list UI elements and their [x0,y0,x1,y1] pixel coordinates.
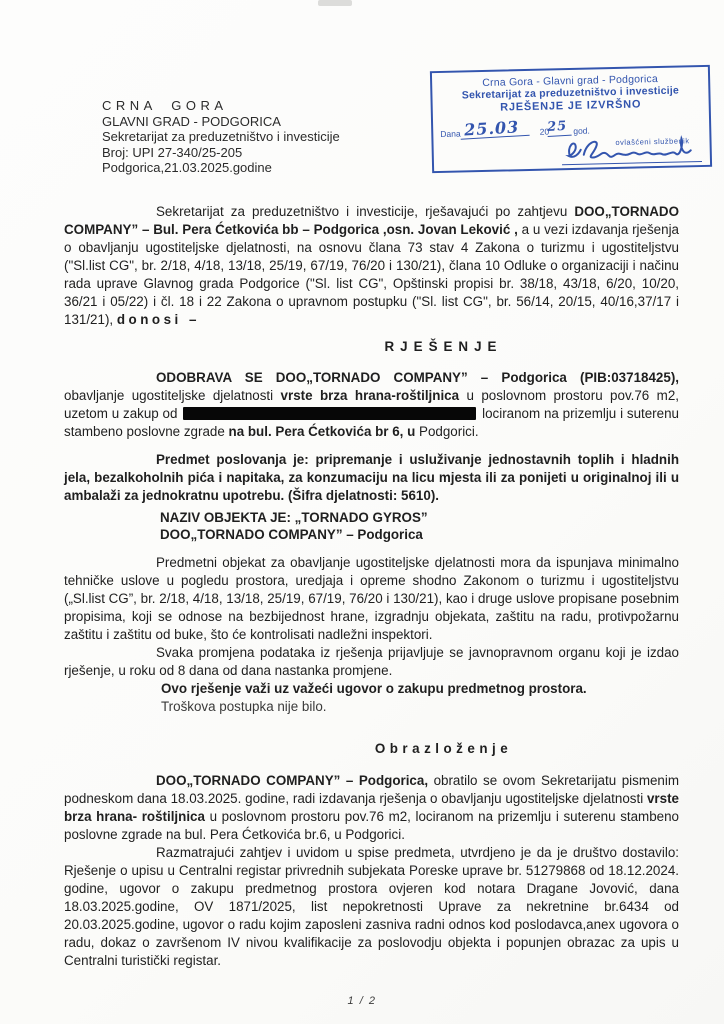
letterhead-place-date: Podgorica,21.03.2025.godine [102,160,340,176]
stamp-date-label: Dana [440,129,461,139]
letterhead-department: Sekretarijat za preduzetništvo i investi… [102,129,340,145]
approval-run-company: ODOBRAVA SE DOO„TORNADO COMPANY” – Podgo… [156,370,679,385]
intro-run-donosi: donosi – [117,312,200,327]
letterhead: CRNA GORA GLAVNI GRAD - PODGORICA Sekret… [102,98,340,176]
conditions-paragraph: Predmetni objekat za obavljanje ugostite… [64,554,679,644]
object-name-block: NAZIV OBJEKTA JE: „TORNADO GYROS” DOO„TO… [64,509,679,543]
approval-run: Podgorici. [415,424,478,439]
heading-obrazlozenje: Obrazloženje [90,740,705,758]
evidence-paragraph: Razmatrajući zahtjev i uvidom u spise pr… [64,844,679,970]
letterhead-city: GLAVNI GRAD - PODGORICA [102,114,340,130]
scan-artifact [318,0,352,6]
intro-run: Sekretarijat za preduzetništvo i investi… [156,204,574,219]
scanned-document-page: CRNA GORA GLAVNI GRAD - PODGORICA Sekret… [0,0,724,1024]
approval-run-activity: vrste brza hrana-roštiljnica [281,388,460,403]
lease-validity-line: Ovo rješenje važi uz važeći ugovor o zak… [161,680,679,698]
business-subject-paragraph: Predmet poslovanja je: pripremanje i usl… [64,451,679,505]
heading-rjesenje: RJEŠENJE [90,338,705,356]
object-owner-line: DOO„TORNADO COMPANY” – Podgorica [160,526,679,543]
page-number: 1 / 2 [0,995,724,1007]
change-notice-paragraph: Svaka promjena podataka iz rješenja prij… [64,644,679,680]
executive-stamp: Crna Gora - Glavni grad - Podgorica Sekr… [430,65,712,173]
object-name-line: NAZIV OBJEKTA JE: „TORNADO GYROS” [160,509,679,526]
approval-run-address: na bul. Pera Ćetkovića br 6, u [229,424,416,439]
request-paragraph: DOO„TORNADO COMPANY” – Podgorica, obrati… [64,772,679,844]
redaction-box [183,407,476,420]
letterhead-country: CRNA GORA [102,98,340,114]
costs-line: Troškova postupka nije bilo. [161,698,679,716]
request-run-company: DOO„TORNADO COMPANY” – Podgorica, [156,773,428,788]
letterhead-ref-number: Broj: UPI 27-340/25-205 [102,145,340,161]
approval-run: obavljanje ugostiteljske djelatnosti [64,388,281,403]
intro-paragraph: Sekretarijat za preduzetništvo i investi… [64,203,679,329]
stamp-date-handwriting: 25.03 [460,119,530,140]
document-body: Sekretarijat za preduzetništvo i investi… [64,203,679,970]
signature-icon [561,131,702,164]
approval-paragraph: ODOBRAVA SE DOO„TORNADO COMPANY” – Podgo… [64,369,679,441]
signature-handwriting [561,131,702,165]
